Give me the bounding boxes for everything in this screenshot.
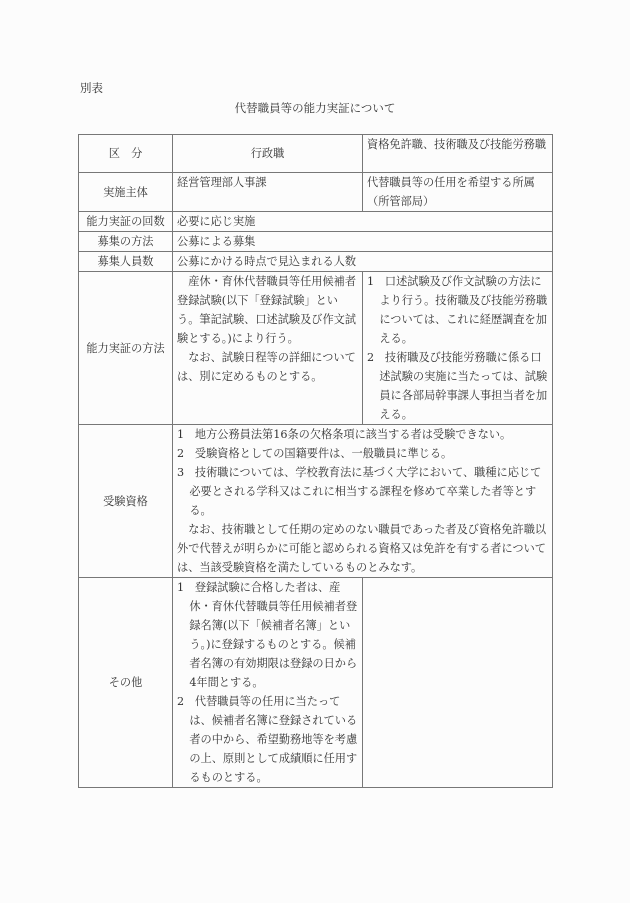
note: なお、技術職として任期の定めのない職員であった者及び資格免許職以外で代替えが明ら…: [177, 520, 548, 577]
list-item: 2受験資格としての国籍要件は、一般職員に準じる。: [177, 444, 548, 463]
paragraph: 産休・育休代替職員等任用候補者登録試験(以下「登録試験」という。筆記試験、口述試…: [177, 272, 358, 348]
cell-value: 1地方公務員法第16条の欠格条項に該当する者は受験できない。 2受験資格としての…: [173, 425, 553, 578]
row-label: 能力実証の回数: [79, 212, 173, 232]
row-label: 能力実証の方法: [79, 272, 173, 425]
table-row-recruit-count: 募集人員数 公募にかける時点で見込まれる人数: [79, 252, 553, 272]
capability-verification-table: 区 分 行政職 資格免許職、技術職及び技能労務職 実施主体 経営管理部人事課 代…: [78, 134, 553, 788]
list-item: 1口述試験及び作文試験の方法により行う。技術職及び技能労務職については、これに経…: [367, 272, 548, 348]
row-label: 募集の方法: [79, 232, 173, 252]
row-label: 募集人員数: [79, 252, 173, 272]
cell-technical: 代替職員等の任用を希望する所属（所管部局）: [363, 173, 553, 212]
table-row-verification-method: 能力実証の方法 産休・育休代替職員等任用候補者登録試験(以下「登録試験」という。…: [79, 272, 553, 425]
table-row-eligibility: 受験資格 1地方公務員法第16条の欠格条項に該当する者は受験できない。 2受験資…: [79, 425, 553, 578]
header-admin: 行政職: [173, 135, 363, 173]
document-title: 代替職員等の能力実証について: [0, 100, 630, 116]
cell-technical: 1口述試験及び作文試験の方法により行う。技術職及び技能労務職については、これに経…: [363, 272, 553, 425]
cell-admin: 経営管理部人事課: [173, 173, 363, 212]
cell-admin: 産休・育休代替職員等任用候補者登録試験(以下「登録試験」という。筆記試験、口述試…: [173, 272, 363, 425]
cell-value: 必要に応じ実施: [173, 212, 553, 232]
header-technical: 資格免許職、技術職及び技能労務職: [363, 135, 553, 173]
cell-admin: 1登録試験に合格した者は、産休・育休代替職員等任用候補者登録名簿(以下「候補者名…: [173, 578, 363, 788]
paragraph: なお、試験日程等の詳細については、別に定めるものとする。: [177, 348, 358, 386]
header-category: 区 分: [79, 135, 173, 173]
list-item: 2技術職及び技能労務職に係る口述試験の実施に当たっては、試験員に各部局幹事課人事…: [367, 348, 548, 424]
row-label: 実施主体: [79, 173, 173, 212]
list-item: 1登録試験に合格した者は、産休・育休代替職員等任用候補者登録名簿(以下「候補者名…: [177, 578, 358, 692]
cell-value: 公募にかける時点で見込まれる人数: [173, 252, 553, 272]
table-row-frequency: 能力実証の回数 必要に応じ実施: [79, 212, 553, 232]
table-row-implementer: 実施主体 経営管理部人事課 代替職員等の任用を希望する所属（所管部局）: [79, 173, 553, 212]
table-header-row: 区 分 行政職 資格免許職、技術職及び技能労務職: [79, 135, 553, 173]
list-item: 2代替職員等の任用に当たっては、候補者名簿に登録されている者の中から、希望勤務地…: [177, 692, 358, 787]
list-item: 1地方公務員法第16条の欠格条項に該当する者は受験できない。: [177, 425, 548, 444]
list-item: 3技術職については、学校教育法に基づく大学において、職種に応じて必要とされる学科…: [177, 463, 548, 520]
row-label: 受験資格: [79, 425, 173, 578]
cell-technical: [363, 578, 553, 788]
cell-value: 公募による募集: [173, 232, 553, 252]
table-row-other: その他 1登録試験に合格した者は、産休・育休代替職員等任用候補者登録名簿(以下「…: [79, 578, 553, 788]
row-label: その他: [79, 578, 173, 788]
table-row-recruit-method: 募集の方法 公募による募集: [79, 232, 553, 252]
attachment-label: 別表: [80, 80, 103, 96]
